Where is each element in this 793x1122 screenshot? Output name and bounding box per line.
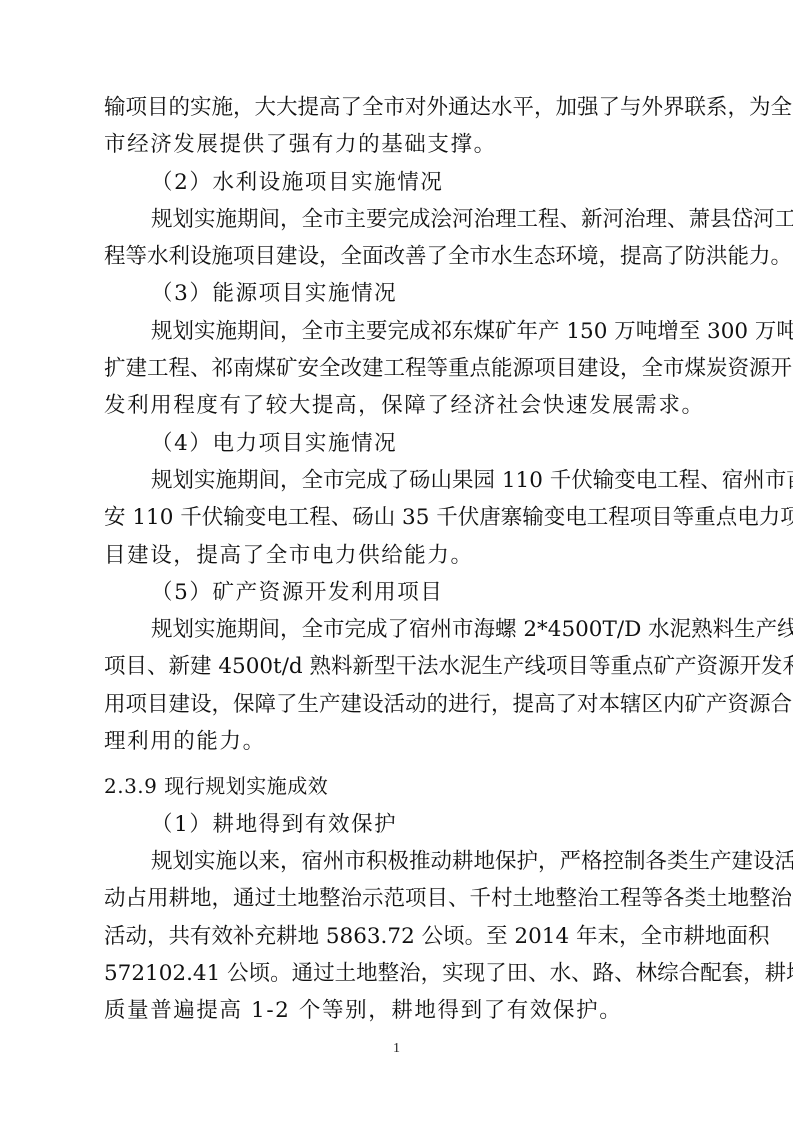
paragraph-line: 输项目的实施，大大提高了全市对外通达水平，加强了与外界联系，为全 [104, 89, 690, 126]
paragraph-line: 质量普遍提高 1-2 个等别，耕地得到了有效保护。 [104, 992, 690, 1029]
paragraph-line: 规划实施期间，全市主要完成祁东煤矿年产 150 万吨增至 300 万吨改 [104, 313, 690, 350]
section-heading: 2.3.9 现行规划实施成效 [104, 768, 690, 805]
paragraph-line: 安 110 千伏输变电工程、砀山 35 千伏唐寨输变电工程项目等重点电力项 [104, 499, 690, 536]
paragraph-line: 发利用程度有了较大提高，保障了经济社会快速发展需求。 [104, 387, 690, 424]
document-page: 输项目的实施，大大提高了全市对外通达水平，加强了与外界联系，为全 市经济发展提供… [104, 89, 690, 1029]
subheading-farmland-protection: （1）耕地得到有效保护 [104, 806, 690, 843]
subheading-power: （4）电力项目实施情况 [104, 425, 690, 462]
paragraph-line: 程等水利设施项目建设，全面改善了全市水生态环境，提高了防洪能力。 [104, 238, 690, 275]
paragraph-line: 活动，共有效补充耕地 5863.72 公顷。至 2014 年末，全市耕地面积 [104, 918, 690, 955]
paragraph-line: 项目、新建 4500t/d 熟料新型干法水泥生产线项目等重点矿产资源开发利 [104, 648, 690, 685]
paragraph-line: 用项目建设，保障了生产建设活动的进行，提高了对本辖区内矿产资源合 [104, 686, 690, 723]
subheading-water-conservancy: （2）水利设施项目实施情况 [104, 164, 690, 201]
page-number: 1 [0, 1041, 793, 1057]
paragraph-line: 规划实施期间，全市完成了砀山果园 110 千伏输变电工程、宿州市苗 [104, 462, 690, 499]
paragraph-line: 市经济发展提供了强有力的基础支撑。 [104, 126, 690, 163]
paragraph-line: 规划实施以来，宿州市积极推动耕地保护，严格控制各类生产建设活 [104, 843, 690, 880]
paragraph-line: 规划实施期间，全市完成了宿州市海螺 2*4500T/D 水泥熟料生产线 [104, 611, 690, 648]
subheading-mineral-resources: （5）矿产资源开发利用项目 [104, 574, 690, 611]
paragraph-line: 572102.41 公顷。通过土地整治，实现了田、水、路、林综合配套，耕地 [104, 955, 690, 992]
paragraph-line: 动占用耕地，通过土地整治示范项目、千村土地整治工程等各类土地整治 [104, 880, 690, 917]
paragraph-line: 规划实施期间，全市主要完成浍河治理工程、新河治理、萧县岱河工 [104, 201, 690, 238]
paragraph-line: 目建设，提高了全市电力供给能力。 [104, 537, 690, 574]
paragraph-line: 扩建工程、祁南煤矿安全改建工程等重点能源项目建设，全市煤炭资源开 [104, 350, 690, 387]
paragraph-line: 理利用的能力。 [104, 723, 690, 760]
subheading-energy: （3）能源项目实施情况 [104, 275, 690, 312]
